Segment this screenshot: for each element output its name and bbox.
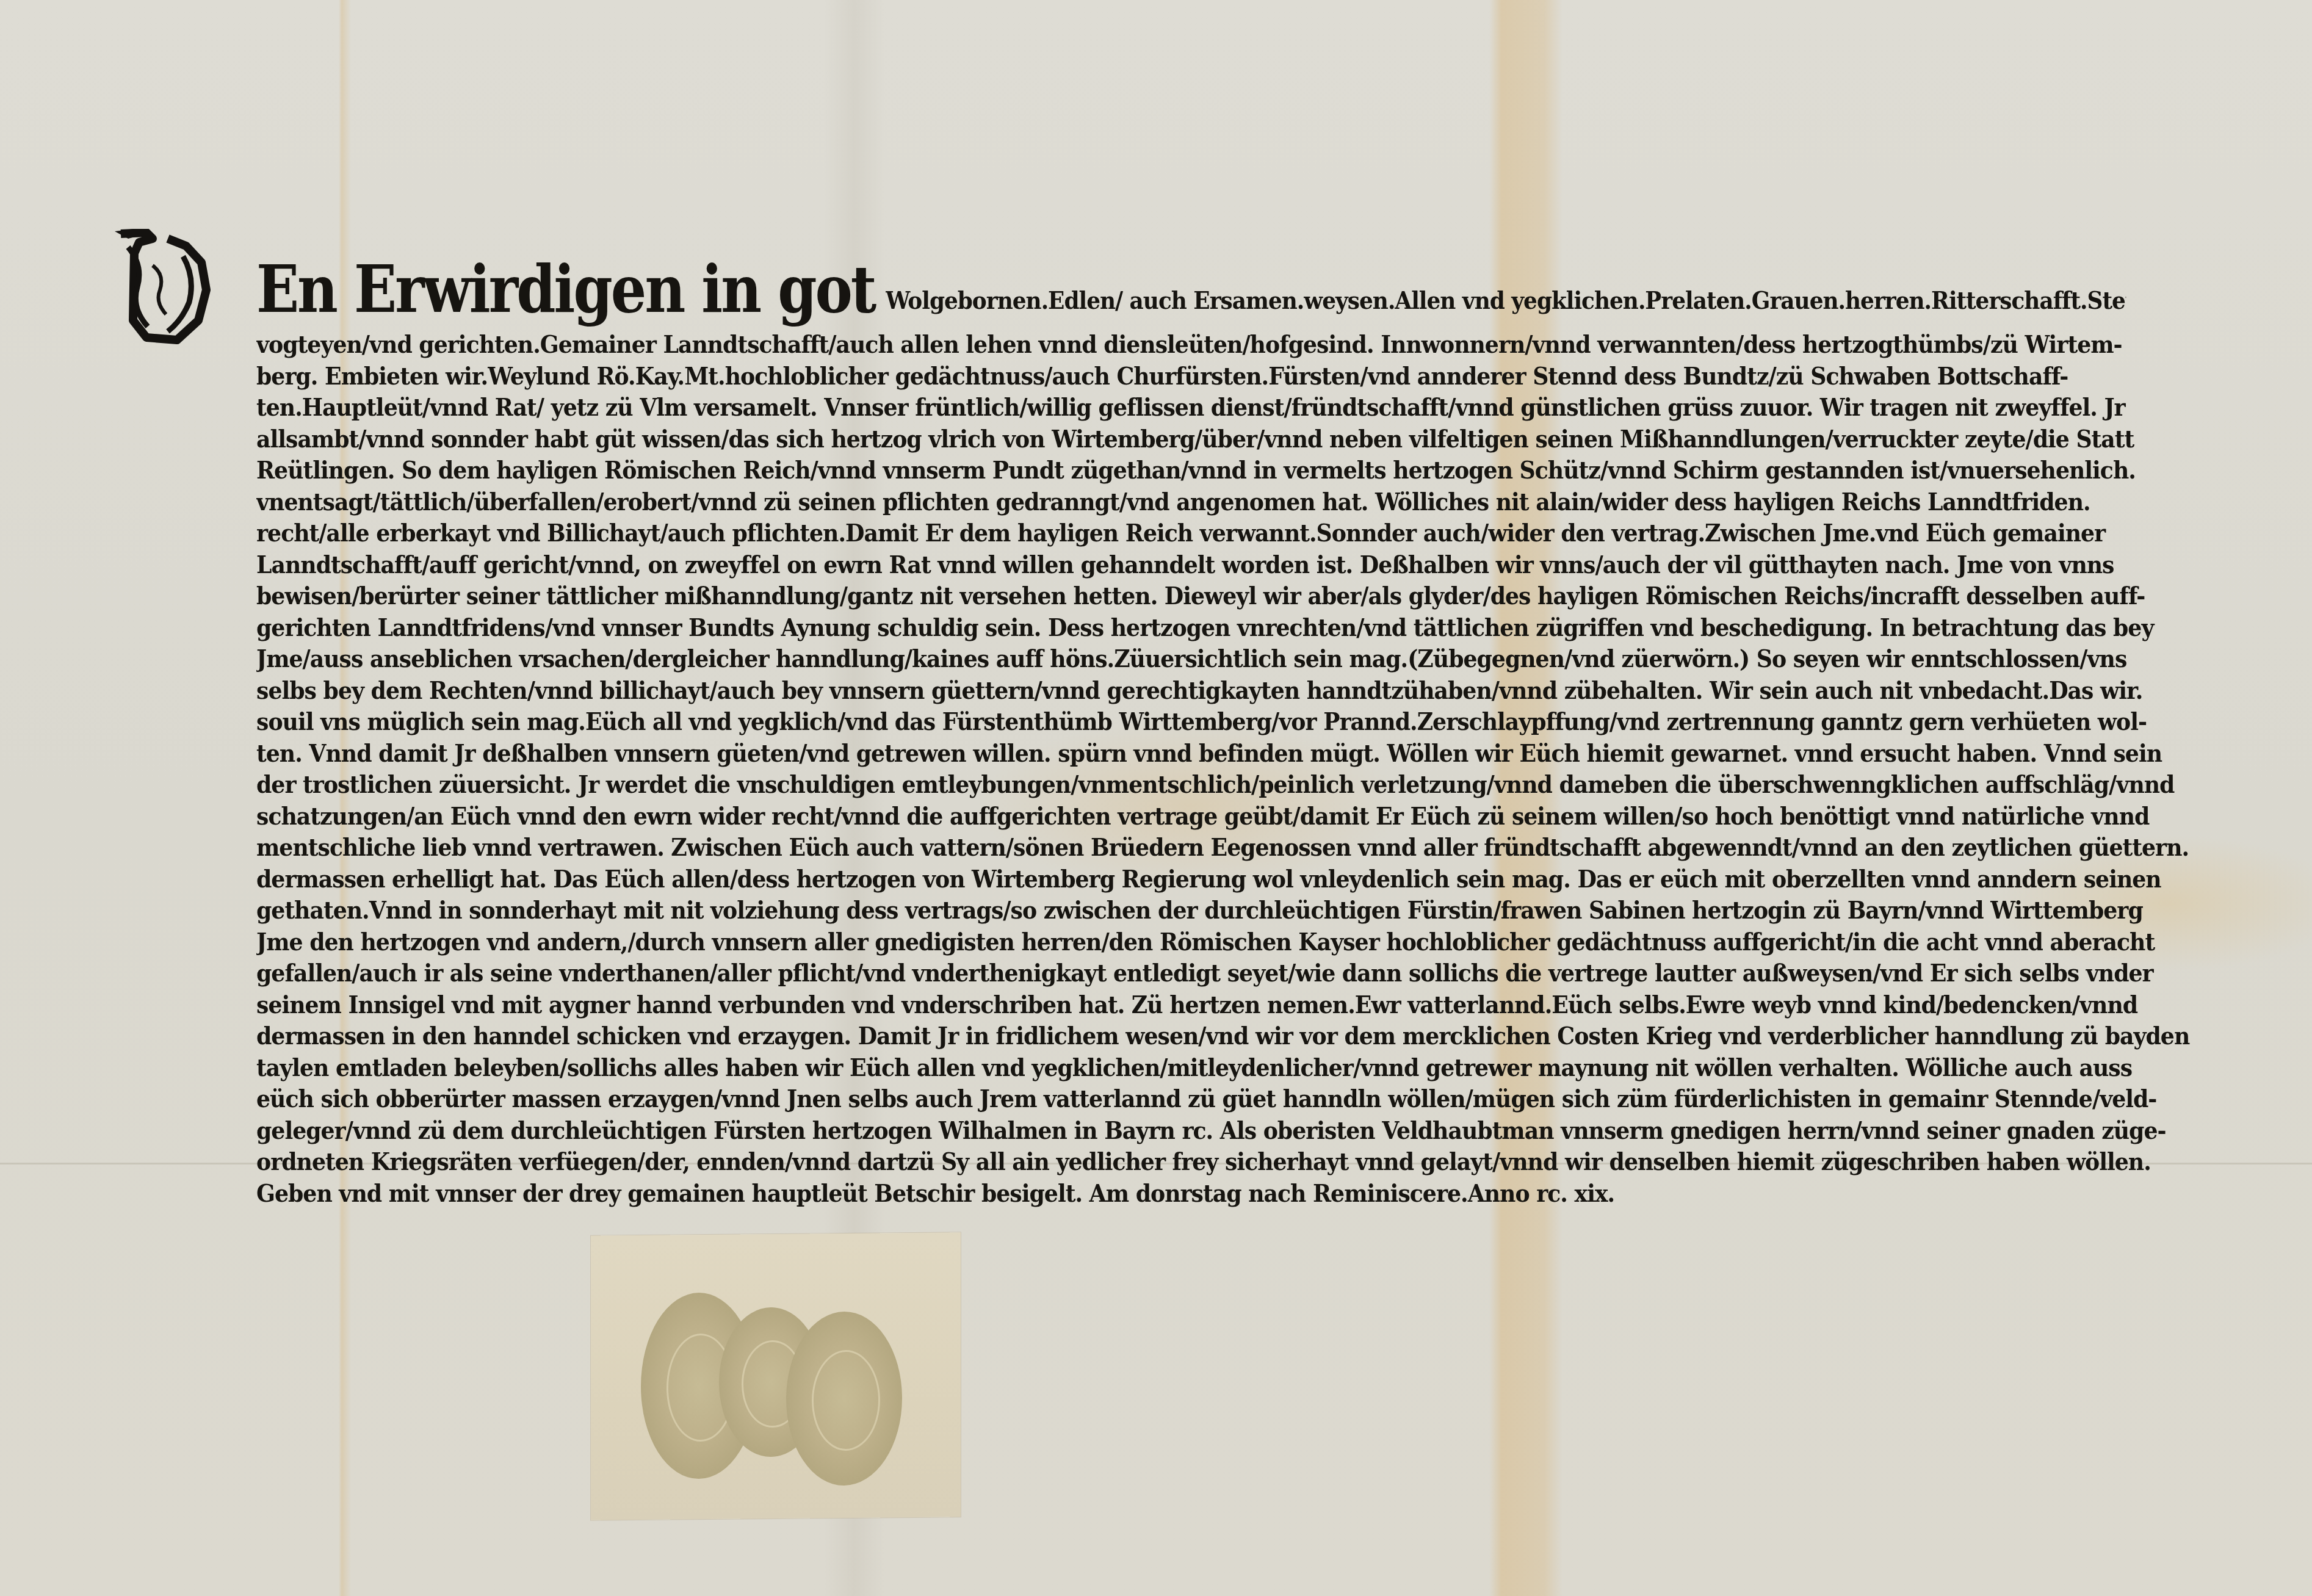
seal-paper-patch: [591, 1232, 961, 1520]
text-line: selbs bey dem Rechten/vnnd billichayt/au…: [256, 676, 2231, 707]
text-line: souil vns müglich sein mag.Eüch all vnd …: [256, 707, 2231, 738]
text-line: recht/alle erberkayt vnd Billichayt/auch…: [256, 518, 2231, 550]
text-line: der trostlichen züuersicht. Jr werdet di…: [256, 770, 2231, 801]
text-line: vnentsagt/tättlich/überfallen/erobert/vn…: [256, 487, 2231, 519]
text-line: dermassen erhelligt hat. Das Eüch allen/…: [256, 864, 2231, 896]
text-line: allsambt/vnnd sonnder habt güt wissen/da…: [256, 424, 2231, 456]
text-line: Jme/auss anseblichen vrsachen/dergleiche…: [256, 644, 2231, 676]
text-line: gethaten.Vnnd in sonnderhayt mit nit vol…: [256, 895, 2231, 927]
text-line: ordneten Kriegsräten verfüegen/der, ennd…: [256, 1147, 2231, 1179]
text-line: Reütlingen. So dem hayligen Römischen Re…: [256, 455, 2231, 487]
text-line: geleger/vnnd zü dem durchleüchtigen Fürs…: [256, 1116, 2231, 1147]
opening-heading: En Erwirdigen in got: [256, 251, 875, 327]
text-line: vogteyen/vnd gerichten.Gemainer Lanndtsc…: [256, 330, 2231, 361]
proclamation-text: En Erwirdigen in got Wolgebornen.Edlen/ …: [256, 256, 2234, 1210]
text-line: schatzungen/an Eüch vnnd den ewrn wider …: [256, 801, 2231, 833]
closing-line: Geben vnd mit vnnser der drey gemainen h…: [256, 1179, 2231, 1210]
decorated-initial-letter: [110, 229, 217, 348]
text-line: Lanndtschafft/auff gericht/vnnd, on zwey…: [256, 550, 2231, 582]
text-line: bewisen/berürter seiner tättlicher mißha…: [256, 581, 2231, 613]
text-line: Wolgebornen.Edlen/ auch Ersamen.weysen.A…: [886, 286, 2126, 317]
opening-line: En Erwirdigen in got Wolgebornen.Edlen/ …: [256, 256, 2234, 330]
text-line: dermassen in den hanndel schicken vnd er…: [256, 1021, 2231, 1053]
text-line: berg. Embieten wir.Weylund Rö.Kay.Mt.hoc…: [256, 361, 2231, 393]
wax-seal-right: [786, 1311, 902, 1486]
ornamental-initial-d-icon: [110, 229, 217, 348]
text-line: ten. Vnnd damit Jr deßhalben vnnsern güe…: [256, 738, 2231, 770]
text-line: seinem Innsigel vnd mit aygner hannd ver…: [256, 990, 2231, 1022]
text-line: ten.Hauptleüt/vnnd Rat/ yetz zü Vlm vers…: [256, 392, 2231, 424]
text-line: Jme den hertzogen vnd andern,/durch vnns…: [256, 927, 2231, 959]
text-line: gefallen/auch ir als seine vnderthanen/a…: [256, 958, 2231, 990]
text-line: mentschliche lieb vnnd vertrawen. Zwisch…: [256, 832, 2231, 864]
text-line: eüch sich obberürter massen erzaygen/vnn…: [256, 1084, 2231, 1116]
text-line: taylen emtladen beleyben/sollichs alles …: [256, 1053, 2231, 1085]
text-line: gerichten Lanndtfridens/vnd vnnser Bundt…: [256, 613, 2231, 645]
